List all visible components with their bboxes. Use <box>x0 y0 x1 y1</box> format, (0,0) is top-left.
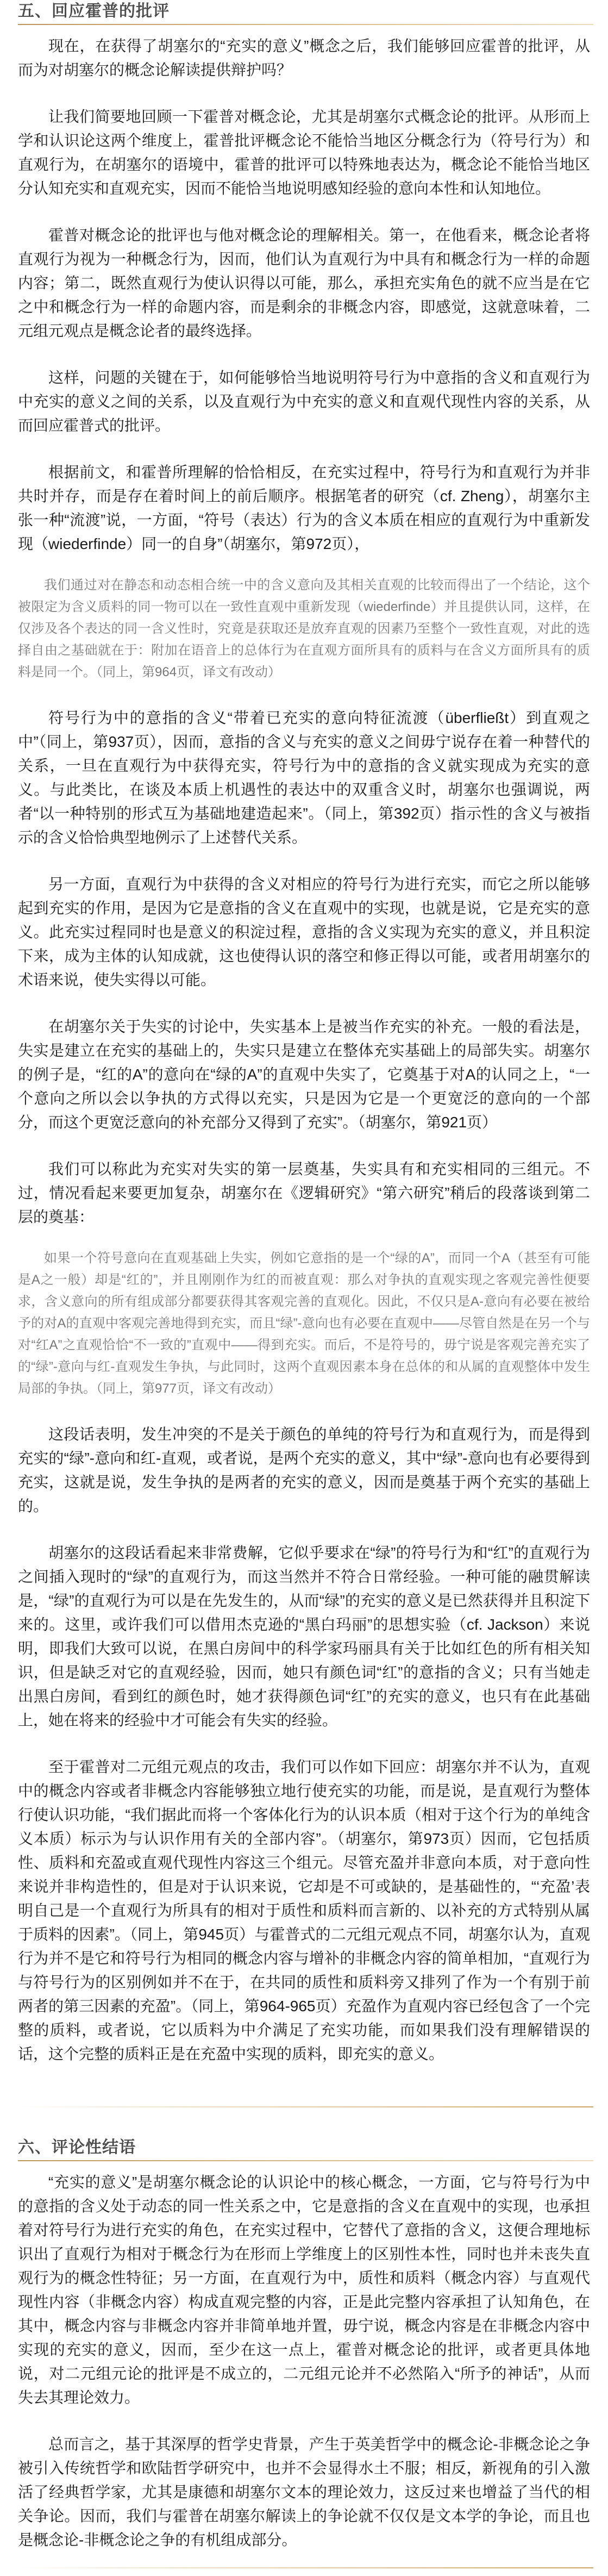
paragraph: 符号行为中的意指的含义“带着已充实的意向特征流渡（überfließt）到直观之… <box>18 706 590 850</box>
paragraph: 这样，问题的关键在于，如何能够恰当地说明符号行为中意指的含义和直观行为中充实的意… <box>18 366 590 438</box>
section-title: 六、评论性结语 <box>18 2136 590 2157</box>
blockquote: 我们通过对在静态和动态相合统一中的含义意向及其相关直观的比较而得出了一个结论，这… <box>18 575 590 683</box>
section-concluding-remarks: 六、评论性结语 “充实的意义”是胡塞尔概念论的认识论中的核心概念，一方面，它与符… <box>18 2107 590 2552</box>
paragraph: 我们可以称此为充实对失实的第一层奠基，失实具有和充实相同的三组元。不过，情况看起… <box>18 1157 590 1229</box>
paragraph: 这段话表明，发生冲突的不是关于颜色的单纯的符号行为和直观行为，而是得到充实的“绿… <box>18 1423 590 1518</box>
paragraph: 现在，在获得了胡塞尔的“充实的意义”概念之后，我们能够回应霍普的批评，从而为对胡… <box>18 34 590 82</box>
paragraph: 让我们简要地回顾一下霍普对概念论，尤其是胡塞尔式概念论的批评。从形而上学和认识论… <box>18 105 590 201</box>
section-responding-to-hopp: 五、回应霍普的批评 现在，在获得了胡塞尔的“充实的意义”概念之后，我们能够回应霍… <box>18 0 590 2066</box>
paragraph: “充实的意义”是胡塞尔概念论的认识论中的核心概念，一方面，它与符号行为中的意指的… <box>18 2170 590 2410</box>
article-page: 五、回应霍普的批评 现在，在获得了胡塞尔的“充实的意义”概念之后，我们能够回应霍… <box>0 0 608 2576</box>
paragraph: 总而言之，基于其深厚的哲学史背景，产生于英美哲学中的概念论-非概念论之争被引入传… <box>18 2432 590 2552</box>
blockquote: 如果一个符号意向在直观基础上失实，例如它意指的是一个“绿的A”，而同一个A（甚至… <box>18 1248 590 1400</box>
title-underline-divider <box>18 24 593 25</box>
section-title-wrap: 六、评论性结语 <box>18 2107 590 2161</box>
section-title: 五、回应霍普的批评 <box>18 0 590 21</box>
title-underline-divider <box>18 2160 593 2161</box>
paragraph: 在胡塞尔关于失实的讨论中，失实基本上是被当作充实的补充。一般的看法是，失实是建立… <box>18 1015 590 1134</box>
paragraph: 至于霍普对二元组元观点的攻击，我们可以作如下回应：胡塞尔并不认为，直观中的概念内… <box>18 1755 590 2066</box>
bottom-divider <box>18 2567 593 2568</box>
paragraph: 根据前文，和霍普所理解的恰恰相反，在充实过程中，符号行为和直观行为并非共时并存，… <box>18 460 590 556</box>
paragraph: 另一方面，直观行为中获得的含义对相应的符号行为进行充实，而它之所以能够起到充实的… <box>18 872 590 992</box>
paragraph: 霍普对概念论的批评也与他对概念论的理解相关。第一，在他看来，概念论者将直观行为视… <box>18 223 590 343</box>
paragraph: 胡塞尔的这段话看起来非常费解，它似乎要求在“绿”的符号行为和“红”的直观行为之间… <box>18 1541 590 1732</box>
